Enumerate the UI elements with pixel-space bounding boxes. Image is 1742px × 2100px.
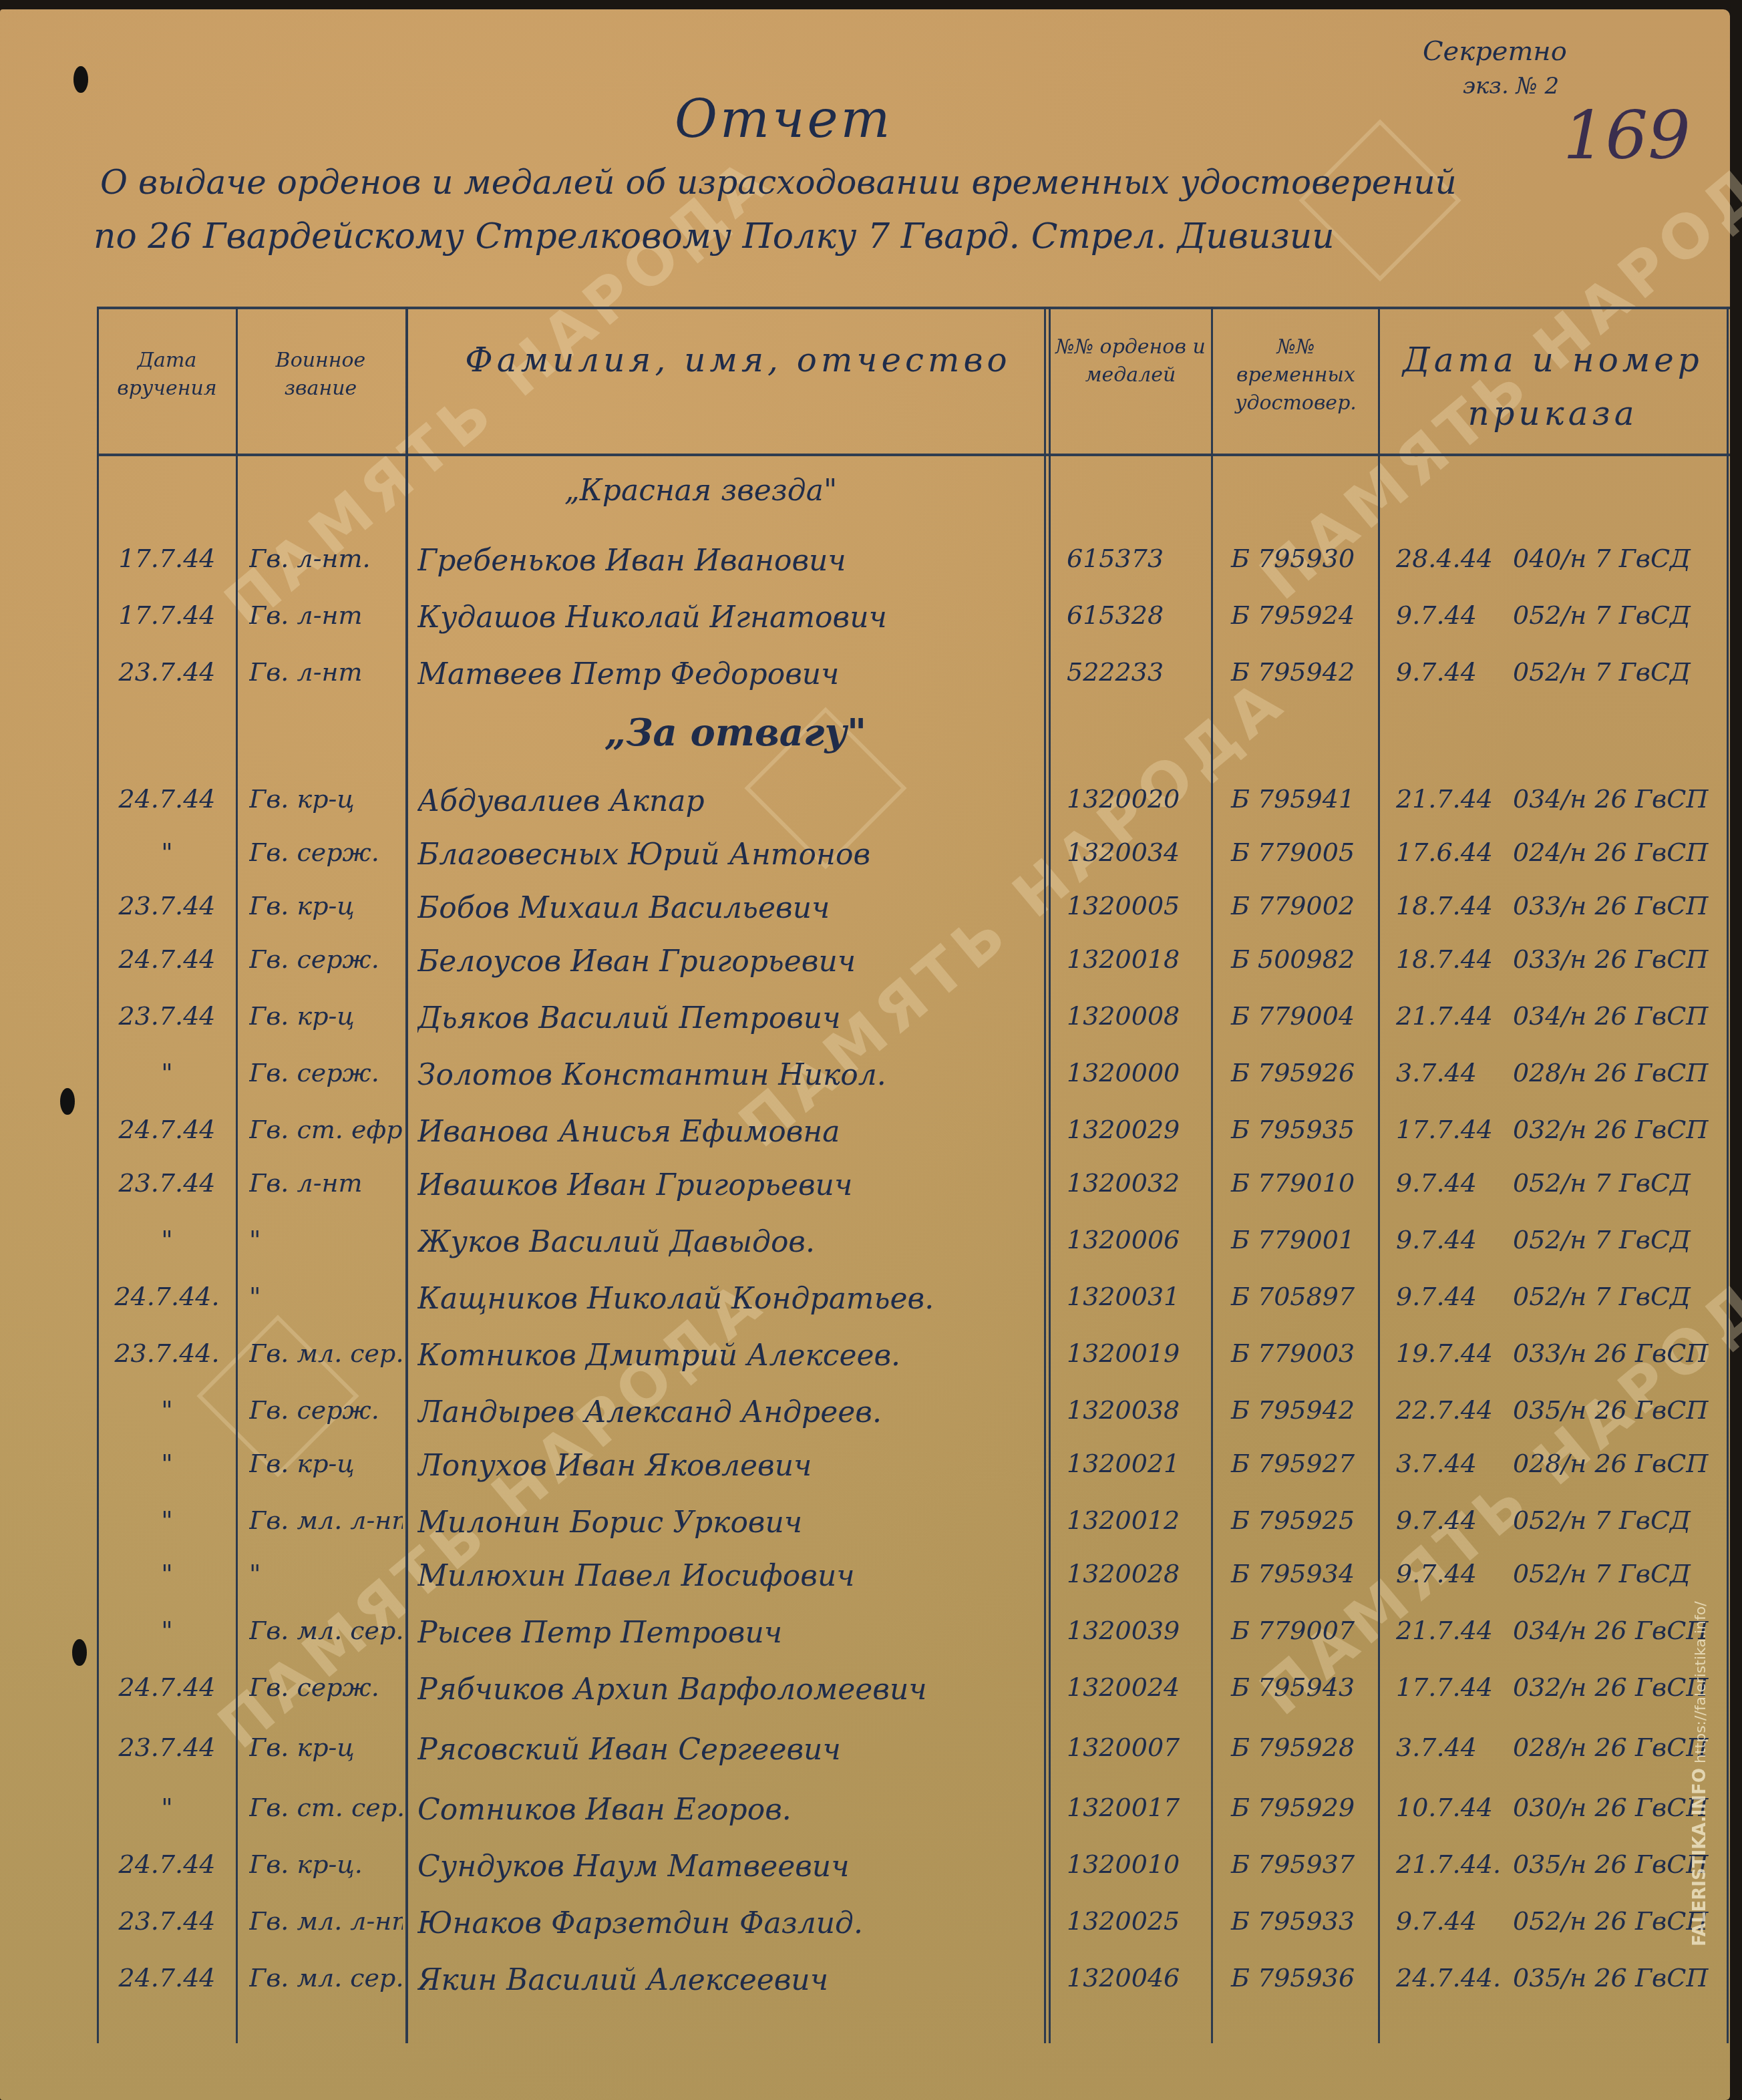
cell-rank: Гв. кр-ц: [249, 1001, 403, 1031]
cell-date: 23.7.44: [100, 1168, 234, 1198]
table-row: " " Милюхин Павел Иосифович 1320028 Б 79…: [97, 1559, 1730, 1600]
cell-order-num: 052/н 7 ГвСД: [1513, 1506, 1733, 1535]
document-subtitle-line1: О выдаче орденов и медалей об израсходов…: [100, 163, 1457, 202]
cell-date: 24.7.44: [100, 1673, 234, 1702]
table-row: " Гв. мл. л-нт. Милонин Борис Уркович 13…: [97, 1506, 1730, 1547]
cell-order-date: 9.7.44: [1396, 1225, 1510, 1254]
table-row: 17.7.44 Гв. л-нт. Гребеньков Иван Иванов…: [97, 544, 1730, 585]
cell-name: Бобов Михаил Васильевич: [417, 891, 1139, 925]
cell-order-no: 615328: [1059, 600, 1224, 630]
table-row: 24.7.44 Гв. кр-ц Абдувалиев Акпар 132002…: [97, 784, 1730, 826]
cell-rank: Гв. кр-ц: [249, 891, 403, 920]
cell-order-num: 035/н 26 ГвСП: [1513, 1963, 1733, 1992]
punch-hole: [73, 66, 88, 93]
cell-order-num: 034/н 26 ГвСП: [1513, 784, 1733, 814]
cell-order-date: 21.7.44: [1396, 1616, 1510, 1645]
cell-rank: ": [249, 1282, 403, 1311]
cell-date: 24.7.44: [100, 1850, 234, 1879]
table-rule: [97, 307, 1730, 309]
cell-name: Лопухов Иван Яковлевич: [417, 1449, 1139, 1483]
cell-rank: Гв. серж.: [249, 944, 403, 974]
cell-order-date: 28.4.44: [1396, 544, 1510, 573]
cell-rank: Гв. ст. ефр.: [249, 1115, 403, 1144]
cell-cert-no: Б 795926: [1226, 1058, 1391, 1087]
table-row: 23.7.44 Гв. кр-ц Рясовский Иван Сергееви…: [97, 1733, 1730, 1774]
cell-order-num: 034/н 26 ГвСП: [1513, 1001, 1733, 1031]
column-header-order-no: №№ орденов и медалей: [1052, 333, 1209, 389]
credit-url: https://faleristika.info/: [1693, 1601, 1709, 1763]
cell-name: Ивашков Иван Григорьевич: [417, 1168, 1139, 1202]
cell-rank: Гв. кр-ц: [249, 1449, 403, 1478]
cell-order-no: 1320025: [1059, 1906, 1224, 1936]
cell-order-no: 1320017: [1059, 1793, 1224, 1822]
cell-rank: Гв. л-нт: [249, 1168, 403, 1198]
cell-rank: Гв. мл. сер.: [249, 1963, 403, 1992]
cell-name: Кащников Николай Кондратьев.: [417, 1282, 1139, 1316]
cell-rank: ": [249, 1225, 403, 1254]
table-row: 24.7.44 Гв. кр-ц. Сундуков Наум Матвееви…: [97, 1850, 1730, 1891]
cell-rank: Гв. кр-ц.: [249, 1850, 403, 1879]
cell-order-date: 9.7.44: [1396, 1559, 1510, 1588]
section-title-for-courage: „За отвагу": [604, 711, 866, 755]
cell-rank: Гв. мл. сер.: [249, 1616, 403, 1645]
cell-rank: Гв. серж.: [249, 838, 403, 867]
cell-date: 23.7.44: [100, 657, 234, 687]
cell-date: ": [100, 1793, 234, 1822]
cell-rank: Гв. мл. л-нт.: [249, 1906, 403, 1936]
cell-order-num: 032/н 26 ГвСП: [1513, 1115, 1733, 1144]
cell-date: ": [100, 1395, 234, 1425]
cell-rank: Гв. л-нт.: [249, 544, 403, 573]
cell-order-date: 9.7.44: [1396, 1168, 1510, 1198]
cell-date: ": [100, 1559, 234, 1588]
cell-name: Ландырев Александ Андреев.: [417, 1395, 1139, 1429]
cell-date: 17.7.44: [100, 600, 234, 630]
cell-cert-no: Б 779003: [1226, 1339, 1391, 1368]
cell-order-num: 024/н 26 ГвСП: [1513, 838, 1733, 867]
cell-order-no: 1320008: [1059, 1001, 1224, 1031]
document-page: ПАМЯТЬ НАРОДА ПАМЯТЬ НАРОДА ПАМЯТЬ НАРОД…: [0, 9, 1730, 2100]
column-header-cert-no: №№ временных удостовер.: [1216, 333, 1376, 417]
cell-rank: Гв. ст. сер.: [249, 1793, 403, 1822]
table-row: 24.7.44. " Кащников Николай Кондратьев. …: [97, 1282, 1730, 1323]
cell-name: Золотов Константин Никол.: [417, 1058, 1139, 1092]
cell-name: Белоусов Иван Григорьевич: [417, 944, 1139, 979]
column-header-date: Дата вручения: [104, 347, 230, 403]
cell-date: 23.7.44.: [100, 1339, 234, 1368]
cell-cert-no: Б 795930: [1226, 544, 1391, 573]
cell-order-date: 24.7.44.: [1396, 1963, 1510, 1992]
cell-cert-no: Б 795934: [1226, 1559, 1391, 1588]
cell-date: 17.7.44: [100, 544, 234, 573]
cell-rank: Гв. мл. л-нт.: [249, 1506, 403, 1535]
table-row: 24.7.44 Гв. ст. ефр. Иванова Анисья Ефим…: [97, 1115, 1730, 1156]
cell-cert-no: Б 500982: [1226, 944, 1391, 974]
cell-order-num: 028/н 26 ГвСП: [1513, 1449, 1733, 1478]
section-title-red-star: „Красная звезда": [564, 474, 837, 508]
cell-date: ": [100, 1616, 234, 1645]
cell-order-date: 21.7.44: [1396, 1001, 1510, 1031]
cell-date: 23.7.44: [100, 1906, 234, 1936]
cell-cert-no: Б 795935: [1226, 1115, 1391, 1144]
cell-name: Матвеев Петр Федорович: [417, 657, 1139, 691]
cell-order-no: 1320029: [1059, 1115, 1224, 1144]
cell-rank: Гв. кр-ц: [249, 784, 403, 814]
table-row: " Гв. серж. Благовесных Юрий Антонов 132…: [97, 838, 1730, 879]
cell-rank: Гв. л-нт: [249, 657, 403, 687]
cell-order-date: 18.7.44: [1396, 944, 1510, 974]
cell-order-date: 3.7.44: [1396, 1058, 1510, 1087]
cell-order-num: 052/н 7 ГвСД: [1513, 657, 1733, 687]
cell-date: ": [100, 838, 234, 867]
cell-cert-no: Б 795937: [1226, 1850, 1391, 1879]
cell-order-num: 052/н 7 ГвСД: [1513, 1168, 1733, 1198]
cell-name: Сотников Иван Егоров.: [417, 1793, 1139, 1827]
cell-date: 23.7.44: [100, 1733, 234, 1762]
classification-stamp: Секретно: [1423, 36, 1567, 67]
cell-order-no: 1320020: [1059, 784, 1224, 814]
column-header-order-date: Дата и номер приказа: [1383, 333, 1723, 440]
cell-order-no: 1320038: [1059, 1395, 1224, 1425]
document-title: Отчет: [675, 90, 893, 150]
cell-order-num: 040/н 7 ГвСД: [1513, 544, 1733, 573]
cell-cert-no: Б 705897: [1226, 1282, 1391, 1311]
cell-rank: Гв. мл. сер.: [249, 1339, 403, 1368]
cell-cert-no: Б 795943: [1226, 1673, 1391, 1702]
cell-name: Благовесных Юрий Антонов: [417, 838, 1139, 872]
cell-order-no: 522233: [1059, 657, 1224, 687]
cell-cert-no: Б 795927: [1226, 1449, 1391, 1478]
column-header-name: Фамилия, имя, отчество: [444, 333, 1032, 387]
cell-date: ": [100, 1058, 234, 1087]
table-row: 23.7.44. Гв. мл. сер. Котников Дмитрий А…: [97, 1339, 1730, 1380]
cell-order-no: 1320007: [1059, 1733, 1224, 1762]
table-row: " Гв. серж. Золотов Константин Никол. 13…: [97, 1058, 1730, 1099]
table-row: 23.7.44 Гв. л-нт Ивашков Иван Григорьеви…: [97, 1168, 1730, 1210]
cell-order-date: 21.7.44: [1396, 784, 1510, 814]
cell-name: Милонин Борис Уркович: [417, 1506, 1139, 1540]
cell-order-no: 1320034: [1059, 838, 1224, 867]
cell-order-no: 1320039: [1059, 1616, 1224, 1645]
cell-order-date: 19.7.44: [1396, 1339, 1510, 1368]
cell-order-date: 18.7.44: [1396, 891, 1510, 920]
punch-hole: [60, 1088, 75, 1115]
cell-order-date: 17.7.44: [1396, 1115, 1510, 1144]
cell-order-date: 10.7.44: [1396, 1793, 1510, 1822]
cell-order-date: 21.7.44.: [1396, 1850, 1510, 1879]
cell-name: Дьяков Василий Петрович: [417, 1001, 1139, 1035]
cell-name: Абдувалиев Акпар: [417, 784, 1139, 818]
cell-name: Кудашов Николай Игнатович: [417, 600, 1139, 635]
awards-table: Дата вручения Воинное звание Фамилия, им…: [97, 307, 1730, 2043]
cell-rank: Гв. серж.: [249, 1395, 403, 1425]
cell-cert-no: Б 795936: [1226, 1963, 1391, 1992]
cell-order-date: 3.7.44: [1396, 1449, 1510, 1478]
table-row: 23.7.44 Гв. л-нт Матвеев Петр Федорович …: [97, 657, 1730, 699]
cell-name: Милюхин Павел Иосифович: [417, 1559, 1139, 1593]
cell-date: ": [100, 1225, 234, 1254]
cell-order-date: 9.7.44: [1396, 600, 1510, 630]
table-row: 23.7.44 Гв. кр-ц Дьяков Василий Петрович…: [97, 1001, 1730, 1043]
table-row: 24.7.44 Гв. серж. Белоусов Иван Григорье…: [97, 944, 1730, 986]
cell-cert-no: Б 795941: [1226, 784, 1391, 814]
cell-order-no: 1320005: [1059, 891, 1224, 920]
cell-order-num: 052/н 7 ГвСД: [1513, 1559, 1733, 1588]
cell-cert-no: Б 795942: [1226, 1395, 1391, 1425]
table-row: " " Жуков Василий Давыдов. 1320006 Б 779…: [97, 1225, 1730, 1266]
cell-cert-no: Б 795924: [1226, 600, 1391, 630]
cell-order-no: 1320018: [1059, 944, 1224, 974]
cell-rank: Гв. кр-ц: [249, 1733, 403, 1762]
cell-order-num: 028/н 26 ГвСП: [1513, 1058, 1733, 1087]
document-subtitle-line2: по 26 Гвардейскому Стрелковому Полку 7 Г…: [94, 216, 1335, 256]
cell-date: 24.7.44: [100, 1963, 234, 1992]
cell-cert-no: Б 795933: [1226, 1906, 1391, 1936]
cell-name: Рясовский Иван Сергеевич: [417, 1733, 1139, 1767]
copy-number: экз. № 2: [1463, 73, 1559, 100]
cell-cert-no: Б 795925: [1226, 1506, 1391, 1535]
cell-date: ": [100, 1449, 234, 1478]
cell-order-no: 615373: [1059, 544, 1224, 573]
punch-hole: [72, 1639, 87, 1666]
cell-date: 24.7.44.: [100, 1282, 234, 1311]
cell-date: 24.7.44: [100, 944, 234, 974]
cell-rank: Гв. серж.: [249, 1673, 403, 1702]
cell-order-no: 1320046: [1059, 1963, 1224, 1992]
cell-rank: Гв. л-нт: [249, 600, 403, 630]
cell-order-date: 3.7.44: [1396, 1733, 1510, 1762]
cell-order-num: 052/н 7 ГвСД: [1513, 1225, 1733, 1254]
cell-cert-no: Б 795942: [1226, 657, 1391, 687]
source-credit: FALERISTIKA.INFO https://faleristika.inf…: [1690, 1601, 1710, 1946]
cell-order-no: 1320012: [1059, 1506, 1224, 1535]
cell-name: Иванова Анисья Ефимовна: [417, 1115, 1139, 1149]
cell-order-date: 9.7.44: [1396, 1506, 1510, 1535]
table-row: " Гв. серж. Ландырев Александ Андреев. 1…: [97, 1395, 1730, 1437]
cell-date: 24.7.44: [100, 1115, 234, 1144]
cell-order-no: 1320021: [1059, 1449, 1224, 1478]
cell-name: Жуков Василий Давыдов.: [417, 1225, 1139, 1259]
cell-order-no: 1320000: [1059, 1058, 1224, 1087]
cell-order-num: 033/н 26 ГвСП: [1513, 891, 1733, 920]
table-row: " Гв. мл. сер. Рысев Петр Петрович 13200…: [97, 1616, 1730, 1657]
cell-name: Котников Дмитрий Алексеев.: [417, 1339, 1139, 1373]
cell-cert-no: Б 779005: [1226, 838, 1391, 867]
column-header-rank: Воинное звание: [240, 347, 401, 403]
cell-order-no: 1320019: [1059, 1339, 1224, 1368]
cell-order-date: 9.7.44: [1396, 657, 1510, 687]
cell-order-no: 1320028: [1059, 1559, 1224, 1588]
table-rule: [97, 454, 1730, 456]
table-row: 24.7.44 Гв. серж. Рябчиков Архип Варфоло…: [97, 1673, 1730, 1714]
table-row: " Гв. ст. сер. Сотников Иван Егоров. 132…: [97, 1793, 1730, 1834]
cell-order-num: 052/н 7 ГвСД: [1513, 600, 1733, 630]
cell-name: Гребеньков Иван Иванович: [417, 544, 1139, 578]
table-row: 17.7.44 Гв. л-нт Кудашов Николай Игнатов…: [97, 600, 1730, 642]
cell-name: Рысев Петр Петрович: [417, 1616, 1139, 1650]
cell-date: 24.7.44: [100, 784, 234, 814]
cell-order-no: 1320010: [1059, 1850, 1224, 1879]
cell-order-no: 1320024: [1059, 1673, 1224, 1702]
cell-order-date: 17.7.44: [1396, 1673, 1510, 1702]
cell-order-no: 1320031: [1059, 1282, 1224, 1311]
cell-cert-no: Б 795928: [1226, 1733, 1391, 1762]
cell-name: Якин Василий Алексеевич: [417, 1963, 1139, 1997]
cell-cert-no: Б 779004: [1226, 1001, 1391, 1031]
cell-order-date: 9.7.44: [1396, 1282, 1510, 1311]
cell-order-num: 033/н 26 ГвСП: [1513, 1339, 1733, 1368]
cell-order-num: 035/н 26 ГвСП: [1513, 1395, 1733, 1425]
credit-brand: FALERISTIKA.INFO: [1690, 1768, 1710, 1946]
cell-order-date: 17.6.44: [1396, 838, 1510, 867]
cell-order-date: 9.7.44: [1396, 1906, 1510, 1936]
table-row: " Гв. кр-ц Лопухов Иван Яковлевич 132002…: [97, 1449, 1730, 1490]
cell-name: Сундуков Наум Матвеевич: [417, 1850, 1139, 1884]
page-number: 169: [1563, 96, 1691, 174]
cell-order-date: 22.7.44: [1396, 1395, 1510, 1425]
cell-cert-no: Б 779001: [1226, 1225, 1391, 1254]
cell-date: ": [100, 1506, 234, 1535]
cell-order-num: 033/н 26 ГвСП: [1513, 944, 1733, 974]
cell-cert-no: Б 779010: [1226, 1168, 1391, 1198]
cell-order-num: 052/н 7 ГвСД: [1513, 1282, 1733, 1311]
cell-cert-no: Б 779007: [1226, 1616, 1391, 1645]
table-row: 23.7.44 Гв. мл. л-нт. Юнаков Фарзетдин Ф…: [97, 1906, 1730, 1948]
cell-order-no: 1320006: [1059, 1225, 1224, 1254]
cell-rank: Гв. серж.: [249, 1058, 403, 1087]
cell-date: 23.7.44: [100, 891, 234, 920]
table-row: 23.7.44 Гв. кр-ц Бобов Михаил Васильевич…: [97, 891, 1730, 932]
cell-cert-no: Б 779002: [1226, 891, 1391, 920]
cell-cert-no: Б 795929: [1226, 1793, 1391, 1822]
table-row: 24.7.44 Гв. мл. сер. Якин Василий Алексе…: [97, 1963, 1730, 2004]
cell-order-no: 1320032: [1059, 1168, 1224, 1198]
cell-rank: ": [249, 1559, 403, 1588]
cell-name: Юнаков Фарзетдин Фазлид.: [417, 1906, 1139, 1940]
cell-name: Рябчиков Архип Варфоломеевич: [417, 1673, 1139, 1707]
cell-date: 23.7.44: [100, 1001, 234, 1031]
